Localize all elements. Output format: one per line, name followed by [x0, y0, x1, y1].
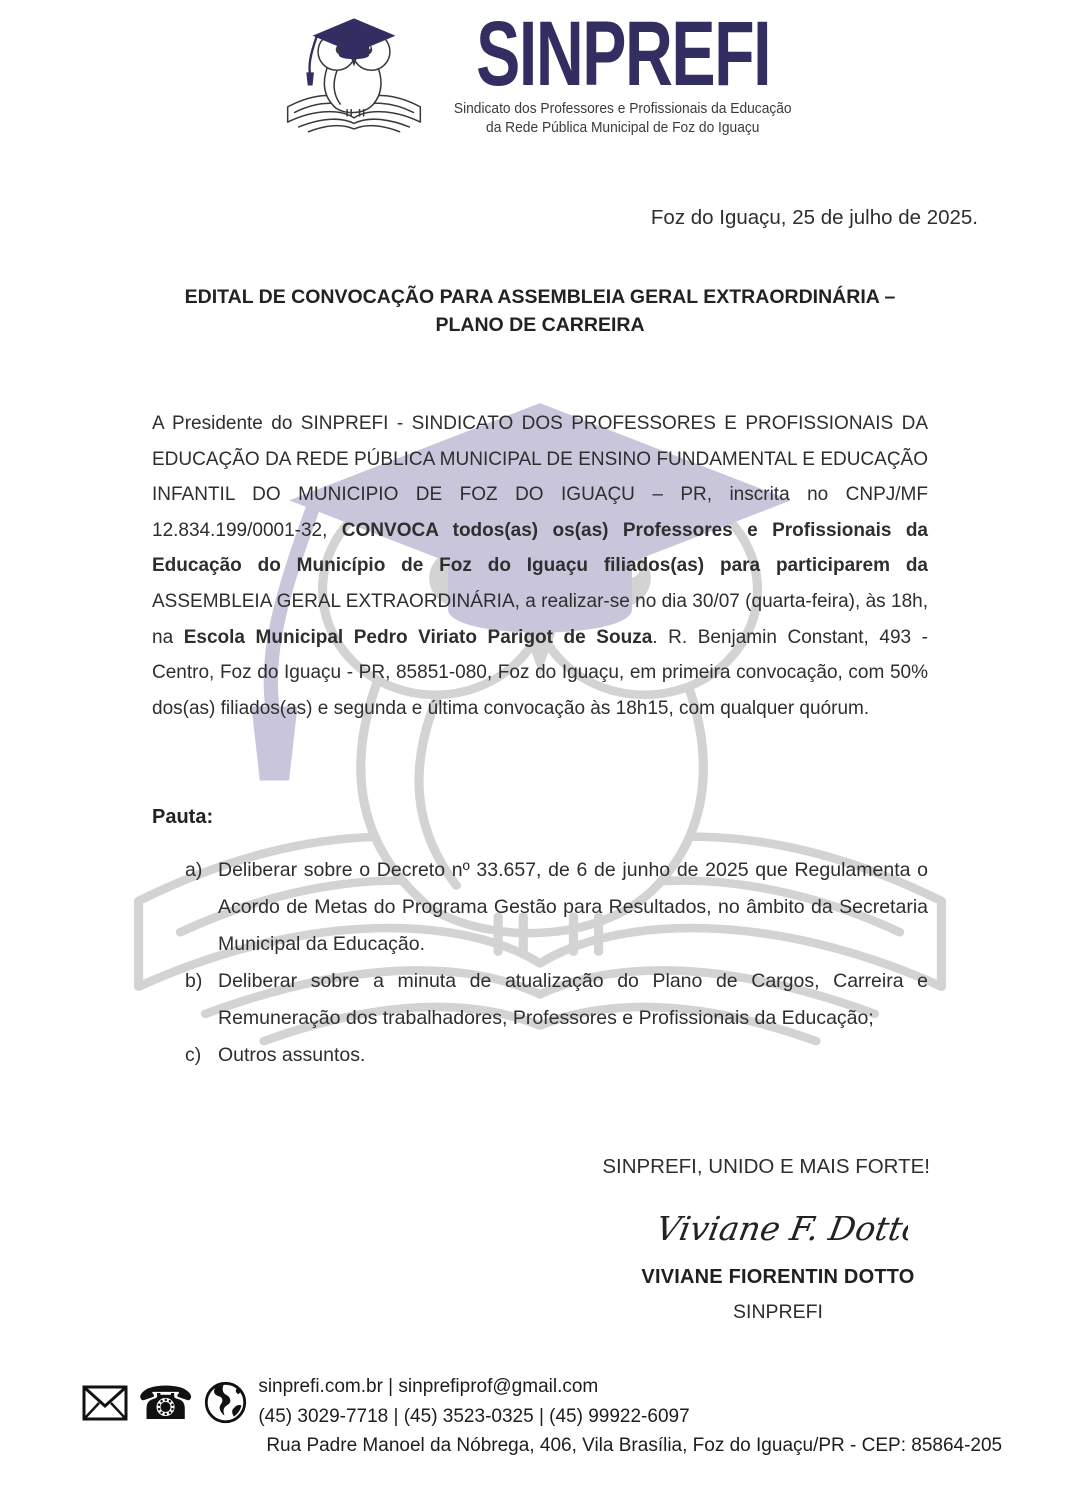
agenda-item-c: c) Outros assuntos.	[152, 1037, 928, 1074]
agenda-marker: a)	[152, 852, 218, 963]
agenda-list: a) Deliberar sobre o Decreto nº 33.657, …	[152, 852, 928, 1074]
footer-icons: ☎	[82, 1372, 248, 1425]
date-line: Foz do Iguaçu, 25 de julho de 2025.	[651, 206, 978, 230]
agenda-marker: b)	[152, 963, 218, 1037]
document-title: EDITAL DE CONVOCAÇÃO PARA ASSEMBLEIA GER…	[0, 283, 1080, 339]
signatory-organization: SINPREFI	[733, 1301, 823, 1324]
logo-text-block: SINPREFI Sindicato dos Professores e Pro…	[444, 12, 802, 138]
globe-icon	[203, 1380, 248, 1425]
signature-block: Viviane F. Dotto VIVIANE FIORENTIN DOTTO…	[578, 1198, 978, 1324]
document-title-line2: PLANO DE CARREIRA	[0, 311, 1080, 339]
logo-tagline-line2: da Rede Pública Municipal de Foz do Igua…	[454, 119, 792, 138]
footer-address-line: Rua Padre Manoel da Nóbrega, 406, Vila B…	[258, 1431, 1002, 1461]
agenda-marker: c)	[152, 1037, 218, 1074]
svg-text:Viviane F. Dotto: Viviane F. Dotto	[653, 1209, 908, 1248]
document-title-line1: EDITAL DE CONVOCAÇÃO PARA ASSEMBLEIA GER…	[0, 283, 1080, 311]
agenda-heading: Pauta:	[152, 806, 213, 829]
envelope-icon	[82, 1385, 128, 1421]
letterhead-logo: SINPREFI Sindicato dos Professores e Pro…	[0, 12, 1080, 152]
owl-graduation-cap-book-icon	[278, 12, 430, 152]
phone-icon: ☎	[137, 1381, 194, 1425]
handwritten-signature: Viviane F. Dotto	[648, 1198, 908, 1258]
agenda-item-a: a) Deliberar sobre o Decreto nº 33.657, …	[152, 852, 928, 963]
footer-phones-line: (45) 3029-7718 | (45) 3523-0325 | (45) 9…	[258, 1402, 1002, 1432]
agenda-text: Deliberar sobre o Decreto nº 33.657, de …	[218, 852, 928, 963]
logo-tagline: Sindicato dos Professores e Profissionai…	[454, 100, 792, 138]
footer-website-line: sinprefi.com.br | sinprefiprof@gmail.com	[258, 1372, 1002, 1402]
logo-tagline-line1: Sindicato dos Professores e Profissionai…	[454, 100, 792, 119]
agenda-text: Outros assuntos.	[218, 1037, 928, 1074]
logo-wordmark: SINPREFI	[476, 12, 770, 96]
document-page: SINPREFI Sindicato dos Professores e Pro…	[0, 0, 1080, 1498]
agenda-text: Deliberar sobre a minuta de atualização …	[218, 963, 928, 1037]
body-paragraph: A Presidente do SINPREFI - SINDICATO DOS…	[152, 406, 928, 726]
slogan: SINPREFI, UNIDO E MAIS FORTE!	[602, 1155, 930, 1179]
agenda-item-b: b) Deliberar sobre a minuta de atualizaç…	[152, 963, 928, 1037]
footer: ☎ sinprefi.com.br | sinprefiprof@gmail.c…	[82, 1372, 1002, 1461]
footer-text: sinprefi.com.br | sinprefiprof@gmail.com…	[258, 1372, 1002, 1461]
signatory-name: VIVIANE FIORENTIN DOTTO	[641, 1266, 914, 1289]
